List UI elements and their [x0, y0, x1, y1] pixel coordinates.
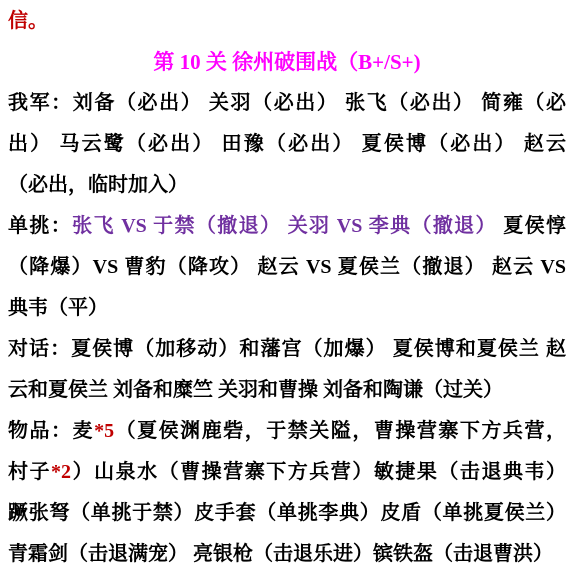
our-army-line-3: （必出，临时加入） — [8, 165, 566, 206]
text-segment: 出） 马云鹭（必出） 田豫（必出） 夏侯博（必出） 赵云 — [8, 133, 566, 155]
duels-highlight: 张飞 VS 于禁（撤退） 关羽 VS 李典（撤退） — [72, 215, 503, 237]
text-segment: 夏侯惇 — [503, 215, 566, 237]
text-segment: （夏侯渊鹿砦，于禁关隘，曹操营寨下方兵营， — [114, 420, 566, 442]
items-line-1: 物品：麦*5（夏侯渊鹿砦，于禁关隘，曹操营寨下方兵营， — [8, 411, 566, 452]
text-segment: 我军：刘备（必出） 关羽（必出） 张飞（必出） 简雍（必 — [8, 92, 566, 114]
dialogues-line-1: 对话：夏侯博（加移动）和藩宫（加爆） 夏侯博和夏侯兰 赵 — [8, 329, 566, 370]
previous-paragraph-tail: 信。 — [8, 1, 566, 42]
text-segment: 信。 — [8, 10, 48, 32]
text-segment: 青霜剑（击退满宠） 亮银枪（击退乐进）镔铁盔（击退曹洪） — [8, 543, 553, 565]
our-army-line-1: 我军：刘备（必出） 关羽（必出） 张飞（必出） 简雍（必 — [8, 83, 566, 124]
text-segment: ）山泉水（曹操营寨下方兵营）敏捷果（击退典韦） — [71, 461, 566, 483]
text-segment: 蹶张弩（单挑于禁）皮手套（单挑李典）皮盾（单挑夏侯兰） — [8, 502, 566, 524]
item-count-highlight: *2 — [51, 461, 71, 483]
items-line-2: 村子*2）山泉水（曹操营寨下方兵营）敏捷果（击退典韦） — [8, 452, 566, 493]
text-segment: 典韦（平） — [8, 297, 108, 319]
item-count-highlight: *5 — [94, 420, 114, 442]
duels-line-2: （降爆）VS 曹豹（降攻） 赵云 VS 夏侯兰（撤退） 赵云 VS — [8, 247, 566, 288]
text-segment: 村子 — [8, 461, 51, 483]
text-segment: （必出，临时加入） — [8, 174, 188, 196]
text-segment: 云和夏侯兰 刘备和糜竺 关羽和曹操 刘备和陶谦（过关） — [8, 379, 503, 401]
text-segment: 对话：夏侯博（加移动）和藩宫（加爆） 夏侯博和夏侯兰 赵 — [8, 338, 566, 360]
stage-title: 第 10 关 徐州破围战（B+/S+) — [8, 42, 566, 83]
guide-document: 信。 第 10 关 徐州破围战（B+/S+) 我军：刘备（必出） 关羽（必出） … — [0, 0, 574, 574]
duels-line-3: 典韦（平） — [8, 288, 566, 329]
duels-label: 单挑： — [8, 215, 72, 237]
text-segment: （降爆）VS 曹豹（降攻） 赵云 VS 夏侯兰（撤退） 赵云 VS — [8, 256, 566, 278]
duels-line-1: 单挑：张飞 VS 于禁（撤退） 关羽 VS 李典（撤退） 夏侯惇 — [8, 206, 566, 247]
stage-title-text: 第 10 关 徐州破围战（B+/S+) — [153, 50, 420, 74]
items-line-3: 蹶张弩（单挑于禁）皮手套（单挑李典）皮盾（单挑夏侯兰） — [8, 493, 566, 534]
dialogues-line-2: 云和夏侯兰 刘备和糜竺 关羽和曹操 刘备和陶谦（过关） — [8, 370, 566, 411]
our-army-line-2: 出） 马云鹭（必出） 田豫（必出） 夏侯博（必出） 赵云 — [8, 124, 566, 165]
text-segment: 物品：麦 — [8, 420, 94, 442]
items-line-4: 青霜剑（击退满宠） 亮银枪（击退乐进）镔铁盔（击退曹洪） — [8, 534, 566, 574]
